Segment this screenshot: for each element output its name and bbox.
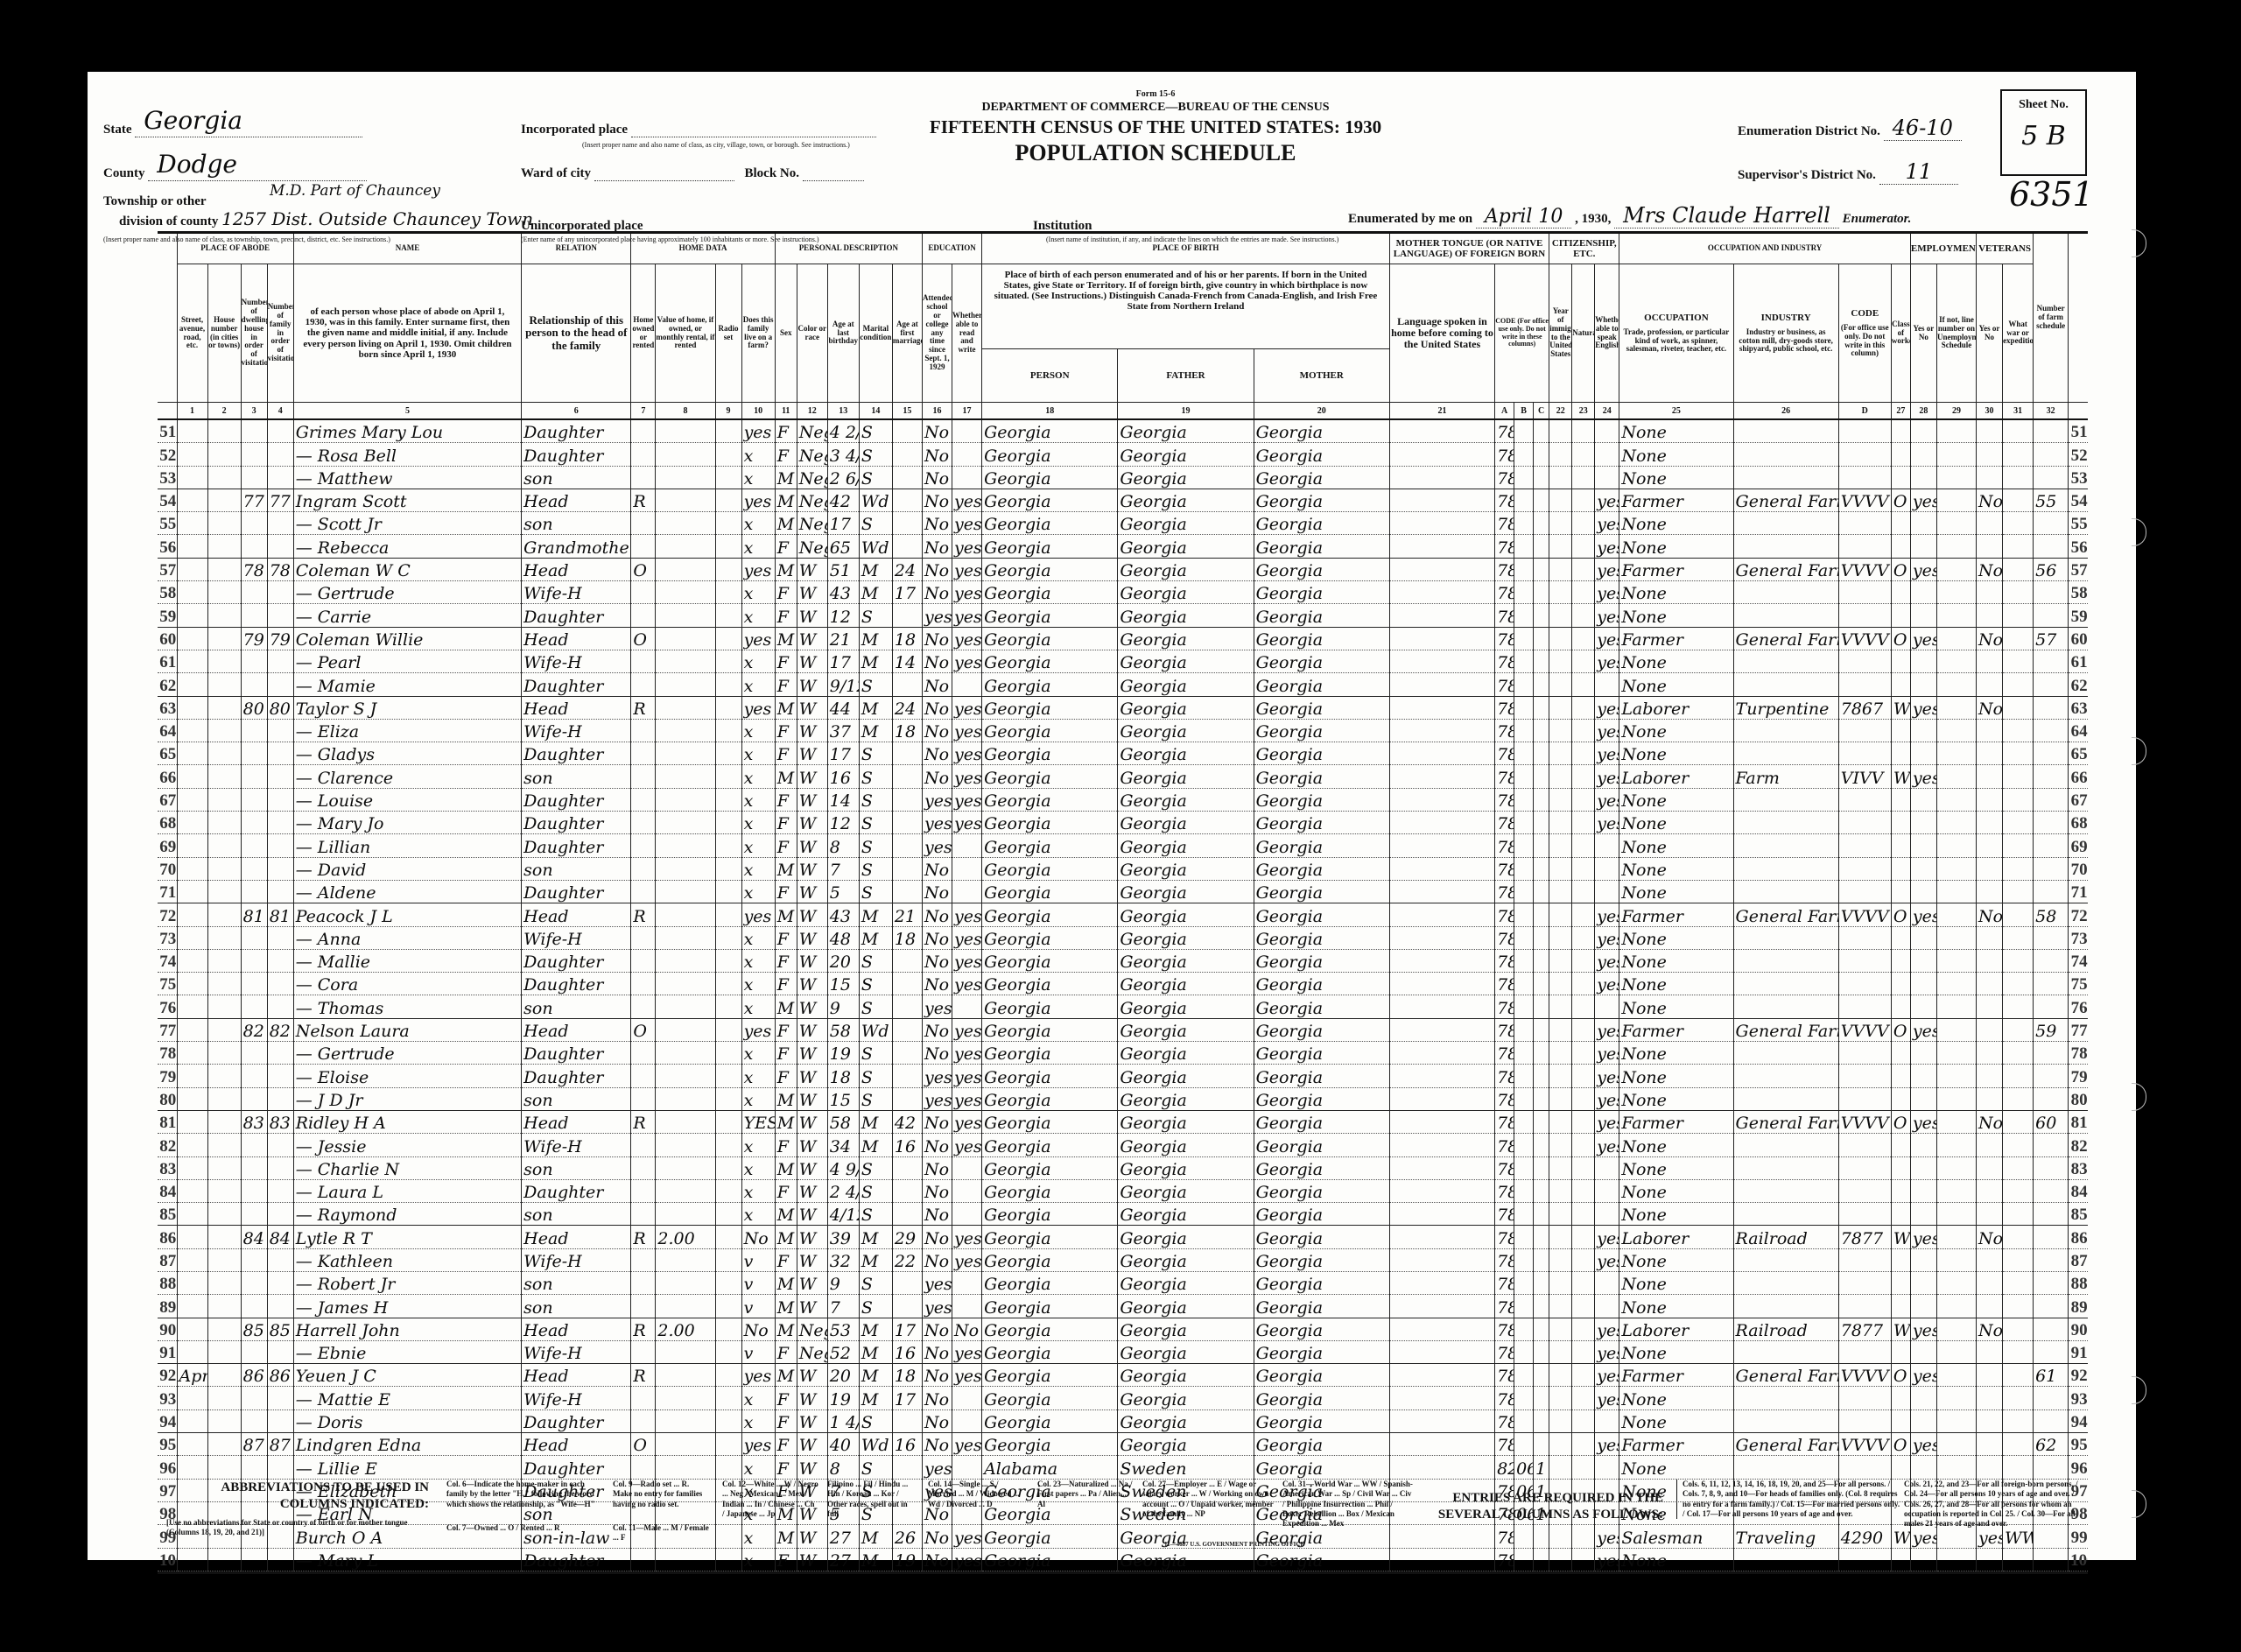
cell-occupation: None [1619, 995, 1733, 1018]
cell-code-c [1534, 558, 1549, 580]
line-number-right: 51 [2069, 419, 2088, 443]
cell-owned [631, 1340, 656, 1363]
cell-street [177, 696, 207, 719]
cell-radio [715, 788, 741, 811]
cell-code-a: 78 [1495, 1042, 1514, 1065]
cell-family: 85 [267, 1318, 293, 1340]
cell-english: yes [1595, 719, 1619, 742]
cell-school: No [922, 719, 952, 742]
cell-age: 4 9/12 [827, 1156, 859, 1179]
cell-work [1910, 673, 1936, 696]
cell-name: — Doris [293, 1409, 521, 1432]
line-number-right: 57 [2069, 558, 2088, 580]
cell-race: Neg [797, 1340, 827, 1363]
cell-name: — Ebnie [293, 1340, 521, 1363]
abbr-col23: Col. 23—Naturalized ... Na / First paper… [1037, 1480, 1134, 1509]
cell-industry [1733, 1295, 1838, 1318]
cell-class [1891, 1203, 1910, 1226]
line-number-right: 89 [2069, 1295, 2088, 1318]
cell-occupation: None [1619, 512, 1733, 535]
cell-farm-sched [2034, 926, 2069, 949]
cell-marital: M [859, 719, 892, 742]
cell-name: — Pearl [293, 650, 521, 672]
cell-value [656, 1364, 715, 1387]
cell-class [1891, 512, 1910, 535]
cell-marital: S [859, 812, 892, 834]
cell-marital: S [859, 1087, 892, 1110]
cell-age-married [892, 742, 922, 765]
cell-sex: F [775, 650, 797, 672]
cell-english: yes [1595, 1318, 1619, 1340]
cell-code-d [1838, 1087, 1891, 1110]
cell-house [207, 1433, 241, 1456]
cell-natur [1572, 719, 1595, 742]
cell-language [1389, 466, 1494, 489]
cell-family [267, 788, 293, 811]
cell-war [2003, 1042, 2034, 1065]
column-number: 16 [922, 403, 952, 420]
cell-code-d: 7867 [1838, 696, 1891, 719]
cell-work [1910, 949, 1936, 972]
cell-family: 77 [267, 489, 293, 511]
cell-dwelling [241, 1179, 267, 1202]
cell-age-married: 24 [892, 696, 922, 719]
cell-father-birth: Georgia [1118, 1387, 1254, 1409]
cell-code-b [1514, 650, 1534, 672]
cell-english: yes [1595, 742, 1619, 765]
cell-marital: M [859, 627, 892, 650]
cell-work: yes [1910, 1226, 1936, 1248]
cell-sex: F [775, 973, 797, 995]
cell-farm-sched [2034, 812, 2069, 834]
table-row: 52— Rosa BellDaughterxFNeg3 4/12SNoGeorg… [158, 443, 2088, 466]
cell-code-d [1838, 1179, 1891, 1202]
cell-industry [1733, 857, 1838, 880]
cell-work [1910, 1065, 1936, 1087]
line-number: 64 [158, 719, 177, 742]
cell-occupation: Farmer [1619, 627, 1733, 650]
cell-occupation: None [1619, 1387, 1733, 1409]
cell-age: 4 2/12 [827, 419, 859, 443]
cell-war [2003, 1387, 2034, 1409]
cell-language [1389, 995, 1494, 1018]
cell-code-d: 7877 [1838, 1318, 1891, 1340]
cell-name: — Rebecca [293, 535, 521, 558]
cell-natur [1572, 673, 1595, 696]
cell-industry [1733, 1179, 1838, 1202]
line-number: 58 [158, 581, 177, 604]
cell-name: — Mallie [293, 949, 521, 972]
cell-owned: O [631, 558, 656, 580]
cell-family [267, 673, 293, 696]
cell-code-b [1514, 535, 1534, 558]
cell-house [207, 973, 241, 995]
cell-code-a: 78 [1495, 1134, 1514, 1156]
cell-birth: Georgia [982, 1042, 1118, 1065]
cell-value [656, 1042, 715, 1065]
column-number: 7 [631, 403, 656, 420]
cell-language [1389, 812, 1494, 834]
cell-value [656, 926, 715, 949]
table-row: 67— LouiseDaughterxFW14SyesyesGeorgiaGeo… [158, 788, 2088, 811]
cell-immig [1549, 1248, 1572, 1271]
cell-work [1910, 880, 1936, 903]
cell-house [207, 812, 241, 834]
cell-class [1891, 1179, 1910, 1202]
cell-unemp [1936, 696, 1976, 719]
cell-code-b [1514, 466, 1534, 489]
cell-code-b [1514, 1065, 1534, 1087]
cell-occupation: None [1619, 1065, 1733, 1087]
cell-house [207, 1409, 241, 1432]
cell-school: No [922, 627, 952, 650]
cell-unemp [1936, 1295, 1976, 1318]
cell-school: No [922, 443, 952, 466]
cell-birth: Georgia [982, 880, 1118, 903]
punch-hole [2132, 229, 2146, 257]
cell-occupation: Farmer [1619, 489, 1733, 511]
cell-natur [1572, 903, 1595, 926]
cell-school: No [922, 1110, 952, 1133]
cell-owned [631, 466, 656, 489]
cell-marital: S [859, 419, 892, 443]
cell-work [1910, 1087, 1936, 1110]
cell-dwelling [241, 535, 267, 558]
cell-farm: x [741, 604, 775, 627]
cell-family [267, 1087, 293, 1110]
cell-natur [1572, 1203, 1595, 1226]
cell-code-b [1514, 880, 1534, 903]
township-value: 1257 Dist. Outside Chauncey Town [221, 208, 533, 229]
table-row: 547777Ingram ScottHeadRyesMNeg42WdNoyesG… [158, 489, 2088, 511]
cell-age-married: 17 [892, 581, 922, 604]
cell-age: 34 [827, 1134, 859, 1156]
sheet-number-value: 5 B [2002, 121, 2085, 151]
header-immigration-year: Year of immigration to the United States [1549, 307, 1571, 359]
cell-code-b [1514, 581, 1534, 604]
cell-house [207, 1248, 241, 1271]
cell-street [177, 1409, 207, 1432]
cell-class: O [1891, 558, 1910, 580]
cell-owned [631, 604, 656, 627]
cell-race: W [797, 1156, 827, 1179]
cell-code-d: VVVV [1838, 1433, 1891, 1456]
cell-immig [1549, 788, 1572, 811]
column-number: 19 [1118, 403, 1254, 420]
cell-marital: S [859, 765, 892, 788]
cell-value [656, 1340, 715, 1363]
cell-class [1891, 812, 1910, 834]
line-number: 63 [158, 696, 177, 719]
cell-family [267, 857, 293, 880]
cell-mother-birth: Georgia [1254, 1318, 1389, 1340]
cell-natur [1572, 1433, 1595, 1456]
cell-family [267, 1271, 293, 1294]
cell-marital: S [859, 1042, 892, 1065]
cell-school: No [922, 696, 952, 719]
cell-read [952, 1156, 982, 1179]
cell-work [1910, 857, 1936, 880]
cell-dwelling [241, 581, 267, 604]
cell-vet: No [1977, 1226, 2003, 1248]
cell-dwelling [241, 1409, 267, 1432]
cell-radio [715, 1295, 741, 1318]
table-row: 89— James HsonvMW7SyesGeorgiaGeorgiaGeor… [158, 1295, 2088, 1318]
cell-unemp [1936, 1203, 1976, 1226]
line-number: 92 [158, 1364, 177, 1387]
cell-race: Neg [797, 1318, 827, 1340]
cell-natur [1572, 627, 1595, 650]
cell-age-married [892, 604, 922, 627]
cell-relation: Daughter [522, 443, 631, 466]
cell-code-d [1838, 1134, 1891, 1156]
cell-unemp [1936, 995, 1976, 1018]
cell-house [207, 1203, 241, 1226]
cell-code-c [1534, 489, 1549, 511]
cell-war [2003, 419, 2034, 443]
cell-value [656, 1295, 715, 1318]
cell-family [267, 1203, 293, 1226]
cell-relation: Daughter [522, 419, 631, 443]
cell-war [2003, 1018, 2034, 1041]
cell-age: 17 [827, 742, 859, 765]
cell-language [1389, 973, 1494, 995]
cell-marital: S [859, 1156, 892, 1179]
cell-race: W [797, 1433, 827, 1456]
cell-dwelling: 82 [241, 1018, 267, 1041]
cell-school: No [922, 650, 952, 672]
cell-code-c [1534, 1387, 1549, 1409]
cell-industry [1733, 419, 1838, 443]
cell-value [656, 489, 715, 511]
cell-vet [1977, 1087, 2003, 1110]
table-row: 92Apr 118686Yeuen J CHeadRyesMW20M18Noye… [158, 1364, 2088, 1387]
cell-mother-birth: Georgia [1254, 696, 1389, 719]
cell-farm-sched [2034, 419, 2069, 443]
cell-immig [1549, 443, 1572, 466]
cell-code-d [1838, 650, 1891, 672]
cell-occupation: None [1619, 1134, 1733, 1156]
cell-dwelling: 87 [241, 1433, 267, 1456]
cell-immig [1549, 696, 1572, 719]
cell-vet [1977, 1387, 2003, 1409]
cell-code-d [1838, 1065, 1891, 1087]
cell-code-b [1514, 1226, 1534, 1248]
cell-unemp [1936, 1226, 1976, 1248]
cell-industry [1733, 1134, 1838, 1156]
cell-code-d [1838, 1387, 1891, 1409]
county-value: Dodge [157, 150, 237, 179]
cell-read: yes [952, 535, 982, 558]
cell-name: Nelson Laura [293, 1018, 521, 1041]
cell-street [177, 812, 207, 834]
cell-mother-birth: Georgia [1254, 857, 1389, 880]
cell-dwelling [241, 1295, 267, 1318]
cell-war [2003, 1340, 2034, 1363]
cell-vet [1977, 466, 2003, 489]
cell-dwelling [241, 1248, 267, 1271]
column-number: 4 [267, 403, 293, 420]
cell-occupation: None [1619, 443, 1733, 466]
cell-age: 39 [827, 1226, 859, 1248]
cell-value: 2.00 [656, 1226, 715, 1248]
line-number-right: 58 [2069, 581, 2088, 604]
table-row: 958787Lindgren EdnaHeadOyesFW40Wd16Noyes… [158, 1433, 2088, 1456]
line-number-right: 84 [2069, 1179, 2088, 1202]
cell-work [1910, 973, 1936, 995]
cell-farm: yes [741, 1018, 775, 1041]
cell-name: — Anna [293, 926, 521, 949]
cell-birth: Georgia [982, 627, 1118, 650]
header-farm-schedule: Number of farm schedule [2034, 234, 2069, 403]
cell-language [1389, 627, 1494, 650]
cell-sex: M [775, 995, 797, 1018]
cell-immig [1549, 489, 1572, 511]
cell-relation: Daughter [522, 812, 631, 834]
cell-father-birth: Georgia [1118, 1295, 1254, 1318]
cell-code-c [1534, 1364, 1549, 1387]
line-number: 70 [158, 857, 177, 880]
cell-code-a: 78 [1495, 1065, 1514, 1087]
cell-industry [1733, 1409, 1838, 1432]
table-row: 818383Ridley H AHeadRYESMW58M42NoyesGeor… [158, 1110, 2088, 1133]
cell-occupation: None [1619, 466, 1733, 489]
cell-code-c [1534, 788, 1549, 811]
cell-radio [715, 1110, 741, 1133]
table-row: 84— Laura LDaughterxFW2 4/12SNoGeorgiaGe… [158, 1179, 2088, 1202]
cell-mother-birth: Georgia [1254, 1179, 1389, 1202]
cell-code-a: 78 [1495, 903, 1514, 926]
cell-age: 14 [827, 788, 859, 811]
cell-occupation: None [1619, 673, 1733, 696]
cell-mother-birth: Georgia [1254, 1156, 1389, 1179]
cell-age-married: 17 [892, 1387, 922, 1409]
column-number: 2 [207, 403, 241, 420]
cell-marital: M [859, 1110, 892, 1133]
cell-class [1891, 535, 1910, 558]
cell-occupation: Farmer [1619, 558, 1733, 580]
cell-owned: O [631, 627, 656, 650]
cell-farm: x [741, 673, 775, 696]
cell-name: — Lillian [293, 834, 521, 857]
cell-marital: S [859, 1179, 892, 1202]
cell-war [2003, 1087, 2034, 1110]
cell-father-birth: Georgia [1118, 673, 1254, 696]
cell-family [267, 581, 293, 604]
cell-work [1910, 742, 1936, 765]
cell-age: 32 [827, 1248, 859, 1271]
cell-unemp [1936, 1156, 1976, 1179]
cell-unemp [1936, 834, 1976, 857]
cell-marital: S [859, 1203, 892, 1226]
cell-vet [1977, 1065, 2003, 1087]
cell-father-birth: Georgia [1118, 1318, 1254, 1340]
cell-language [1389, 880, 1494, 903]
cell-code-b [1514, 926, 1534, 949]
cell-war [2003, 581, 2034, 604]
cell-radio [715, 1248, 741, 1271]
line-number: 75 [158, 973, 177, 995]
cell-language [1389, 1248, 1494, 1271]
cell-class [1891, 1340, 1910, 1363]
cell-natur [1572, 1110, 1595, 1133]
column-number: 17 [952, 403, 982, 420]
state-field: State Georgia [103, 123, 362, 137]
cell-code-d: VVVV [1838, 903, 1891, 926]
cell-birth: Georgia [982, 581, 1118, 604]
cell-english: yes [1595, 1018, 1619, 1041]
cell-english: yes [1595, 627, 1619, 650]
cell-street [177, 765, 207, 788]
cell-mother-birth: Georgia [1254, 973, 1389, 995]
line-number-right: 62 [2069, 673, 2088, 696]
cell-family [267, 1179, 293, 1202]
cell-vet [1977, 857, 2003, 880]
cell-language [1389, 419, 1494, 443]
cell-vet: No [1977, 903, 2003, 926]
cell-street [177, 834, 207, 857]
cell-birth: Georgia [982, 926, 1118, 949]
cell-race: W [797, 1042, 827, 1065]
cell-race: W [797, 1134, 827, 1156]
cell-immig [1549, 1340, 1572, 1363]
header-sex: Sex [776, 329, 797, 338]
cell-race: Neg [797, 512, 827, 535]
cell-father-birth: Georgia [1118, 1203, 1254, 1226]
cell-marital: S [859, 834, 892, 857]
cell-code-d [1838, 1409, 1891, 1432]
cell-mother-birth: Georgia [1254, 1110, 1389, 1133]
table-row: 70— DavidsonxMW7SNoGeorgiaGeorgiaGeorgia… [158, 857, 2088, 880]
printing-office-mark: 11—4687 U.S. GOVERNMENT PRINTING OFFICE [1164, 1541, 1304, 1549]
cell-farm: x [741, 812, 775, 834]
cell-read: yes [952, 973, 982, 995]
cell-occupation: None [1619, 719, 1733, 742]
cell-war [2003, 443, 2034, 466]
cell-code-c [1534, 1226, 1549, 1248]
cell-owned [631, 1295, 656, 1318]
cell-dwelling [241, 673, 267, 696]
cell-immig [1549, 1134, 1572, 1156]
table-row: 62— MamieDaughterxFW9/12SNoGeorgiaGeorgi… [158, 673, 2088, 696]
cell-vet [1977, 834, 2003, 857]
line-number: 78 [158, 1042, 177, 1065]
cell-sex: M [775, 1110, 797, 1133]
cell-code-c [1534, 443, 1549, 466]
cell-street [177, 581, 207, 604]
cell-code-d [1838, 443, 1891, 466]
cell-code-b [1514, 1364, 1534, 1387]
cell-street [177, 1203, 207, 1226]
cell-war [2003, 1226, 2034, 1248]
cell-natur [1572, 1134, 1595, 1156]
cell-relation: Daughter [522, 742, 631, 765]
cell-family [267, 443, 293, 466]
column-number: 9 [715, 403, 741, 420]
cell-language [1389, 719, 1494, 742]
cell-work: yes [1910, 1110, 1936, 1133]
cell-class [1891, 419, 1910, 443]
cell-code-d: VIVV [1838, 765, 1891, 788]
cell-code-c [1534, 719, 1549, 742]
cell-dwelling [241, 834, 267, 857]
cell-sex: F [775, 788, 797, 811]
cell-sex: F [775, 1248, 797, 1271]
cell-marital: S [859, 788, 892, 811]
cell-age-married: 17 [892, 1318, 922, 1340]
cell-war [2003, 926, 2034, 949]
cell-birth: Georgia [982, 419, 1118, 443]
